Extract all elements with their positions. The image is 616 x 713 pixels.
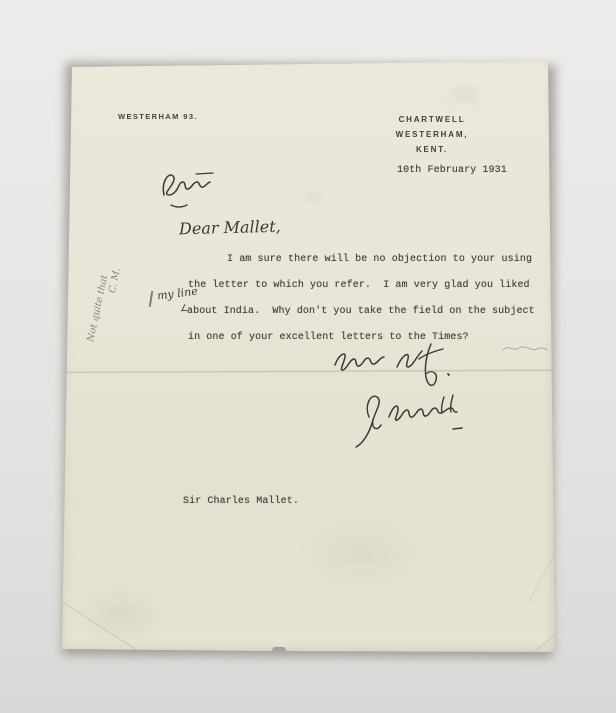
salutation: Dear Mallet, — [179, 217, 281, 239]
insertion-stroke — [149, 291, 153, 307]
crease-mark — [501, 341, 549, 357]
letter-paper: WESTERHAM 93. CHARTWELL WESTERHAM, KENT.… — [61, 55, 557, 655]
letterhead-address: CHARTWELL WESTERHAM, KENT. — [357, 112, 507, 157]
letterhead-address-line: CHARTWELL — [357, 112, 507, 127]
body-line: I am sure there will be no objection to … — [227, 254, 532, 265]
photo-of-letter: WESTERHAM 93. CHARTWELL WESTERHAM, KENT.… — [0, 0, 616, 713]
insertion-caret-icon: ∠ — [179, 303, 188, 315]
signature-scrawl — [347, 387, 477, 451]
date-line: 10th February 1931 — [397, 165, 507, 176]
handwritten-docket-scrawl — [156, 167, 218, 213]
fold-crease — [63, 369, 553, 374]
corner-crease — [528, 549, 557, 602]
recipient-line: Sir Charles Mallet. — [183, 496, 299, 507]
letterhead-phone: WESTERHAM 93. — [118, 112, 198, 121]
body-line: about India. Why don't you take the fiel… — [187, 306, 535, 317]
letterhead-address-line: WESTERHAM, — [357, 127, 507, 142]
insertion-note: my line — [156, 285, 198, 303]
letterhead-address-line: KENT. — [357, 142, 507, 157]
margin-note: Not quite that C. M. — [85, 217, 150, 349]
body-line: the letter to which you refer. I am very… — [188, 280, 530, 291]
corner-crease — [64, 603, 144, 656]
